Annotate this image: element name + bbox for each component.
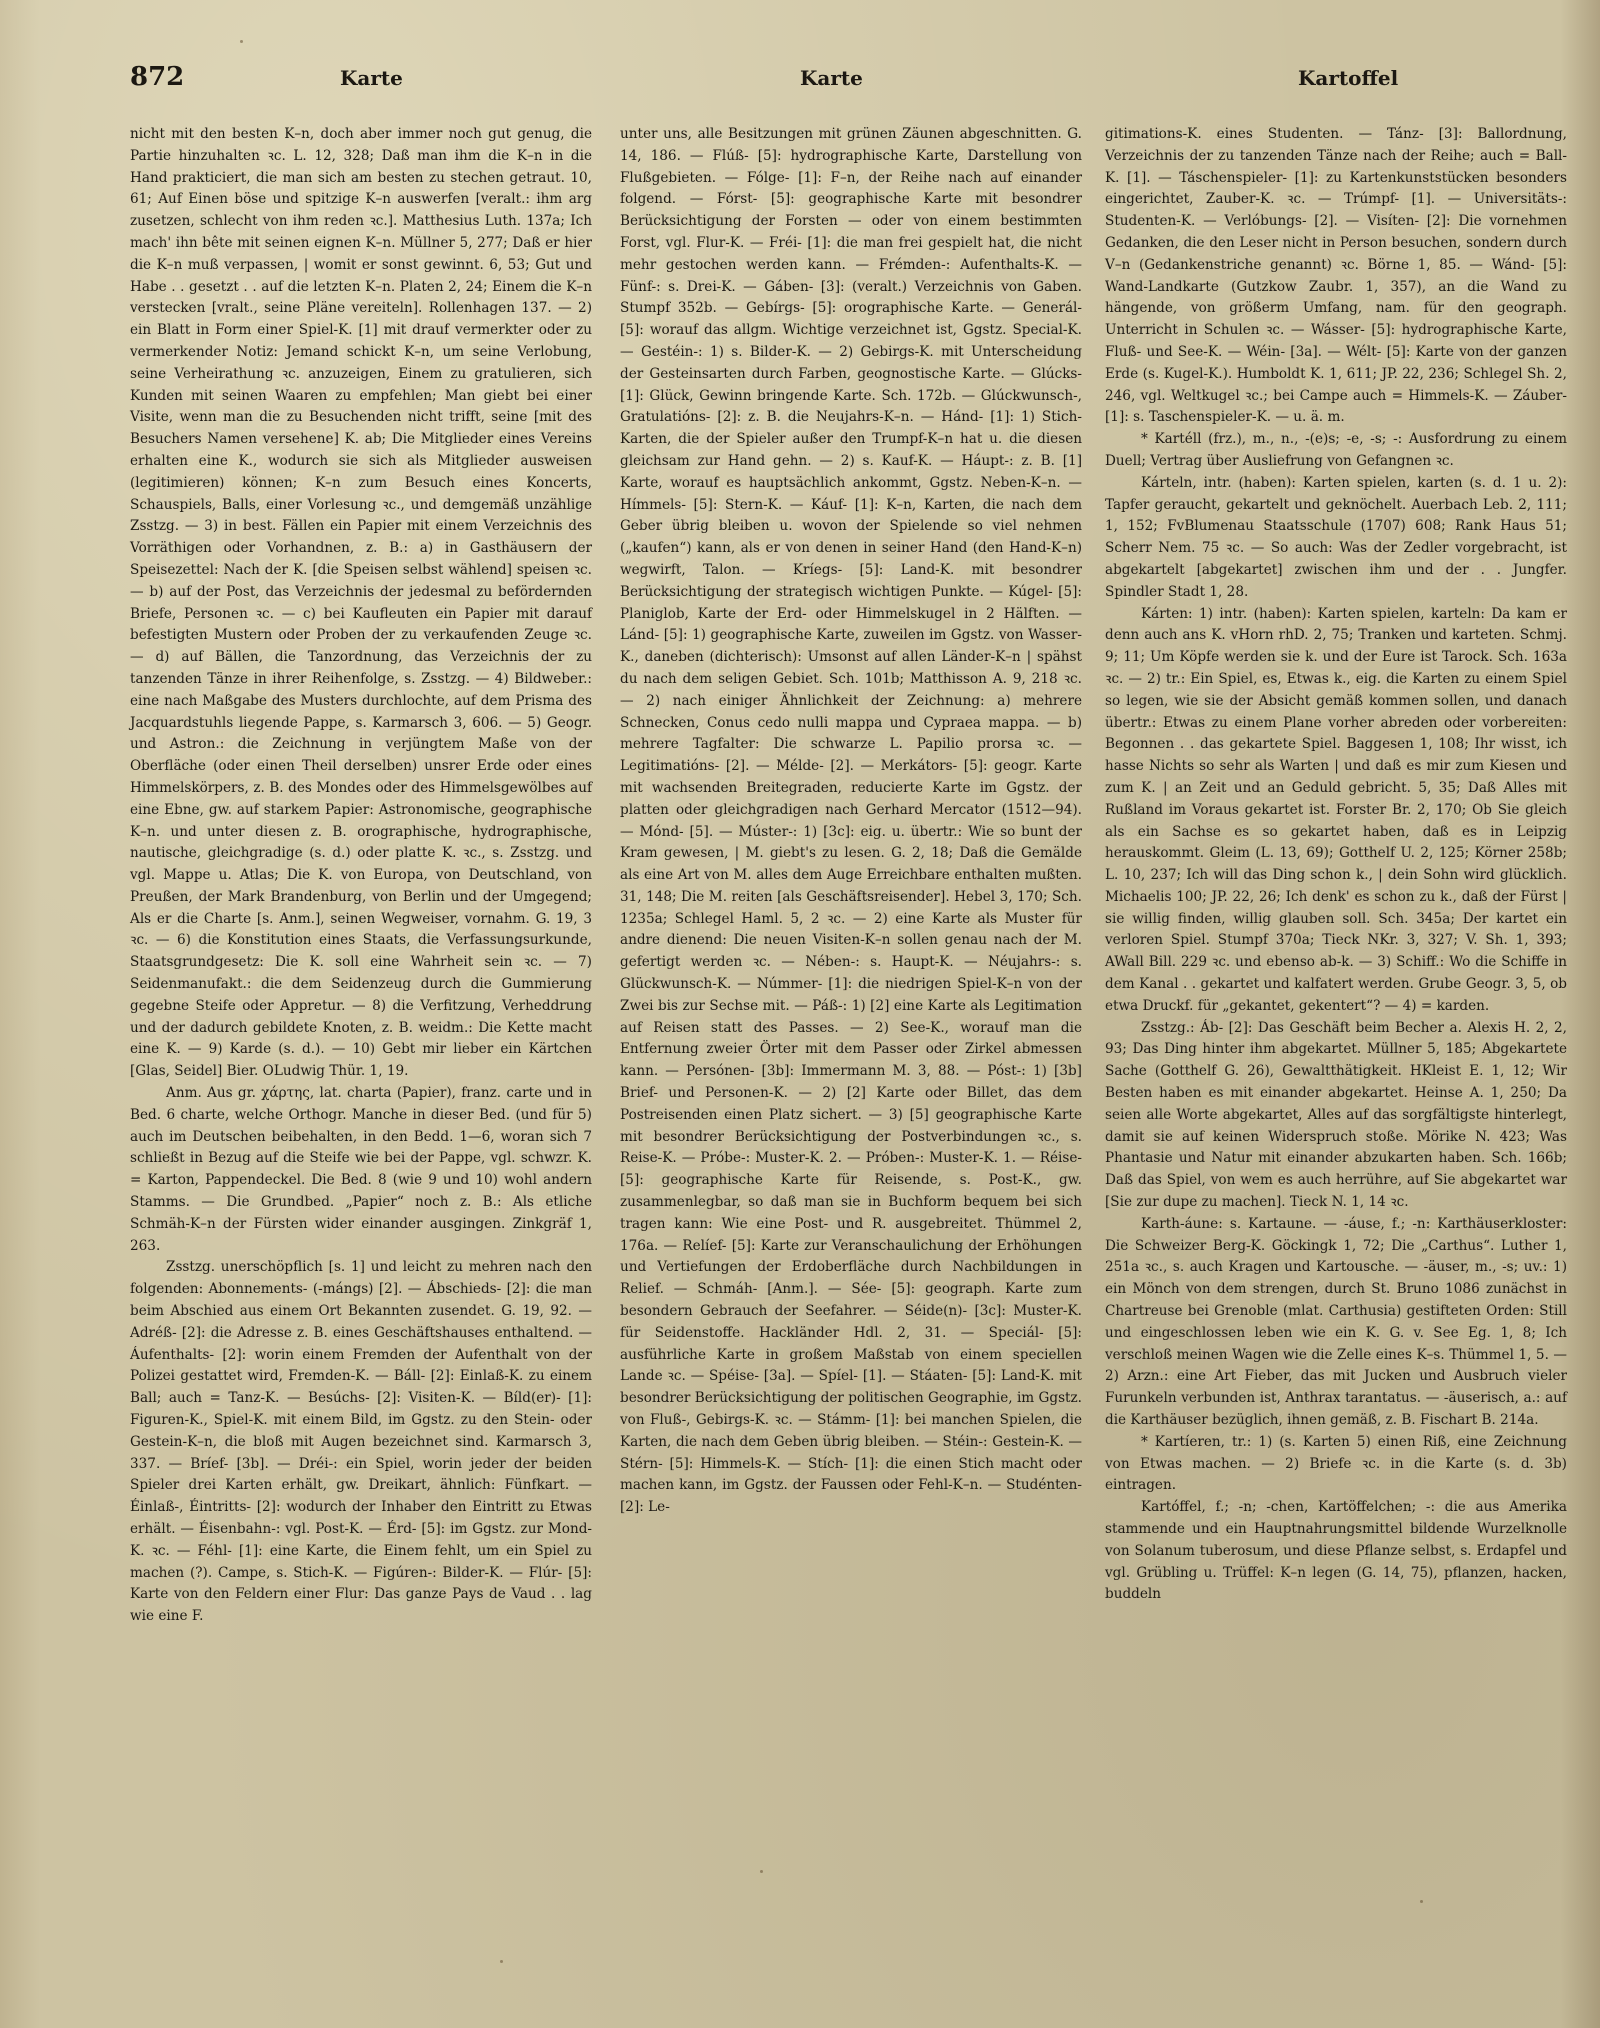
paper-speck (240, 40, 243, 43)
running-head: 872 Karte Karte Kartoffel (130, 62, 1470, 102)
entry-kartoffel: Kartóffel, f.; -n; -chen, Kartöffelchen;… (1105, 1497, 1567, 1606)
paper-speck (1420, 1900, 1423, 1903)
text-columns: nicht mit den besten K–n, doch aber imme… (130, 124, 1580, 1984)
paper-speck (500, 1960, 503, 1963)
entry-karten-compounds: Zsstzg.: Áb- [2]: Das Geschäft beim Bech… (1105, 1018, 1567, 1214)
entry-karthaune: Karth-áune: s. Kartaune. — -áuse, f.; -n… (1105, 1214, 1567, 1432)
paper-speck (760, 1870, 763, 1873)
paragraph: gitimations-K. eines Studenten. — Tánz- … (1105, 124, 1567, 429)
paragraph: nicht mit den besten K–n, doch aber imme… (130, 124, 592, 1083)
page-number: 872 (130, 62, 184, 92)
entry-karteln: Kárteln, intr. (haben): Karten spielen, … (1105, 473, 1567, 604)
column-1: nicht mit den besten K–n, doch aber imme… (130, 124, 592, 1628)
running-headword-right: Kartoffel (1298, 66, 1398, 90)
entry-karten: Kárten: 1) intr. (haben): Karten spielen… (1105, 604, 1567, 1018)
column-2: unter uns, alle Besitzungen mit grünen Z… (620, 124, 1082, 1519)
running-headword-left: Karte (340, 66, 403, 90)
running-headword-center: Karte (800, 66, 863, 90)
entry-kartieren: * Kartíeren, tr.: 1) (s. Karten 5) einen… (1105, 1432, 1567, 1497)
column-3: gitimations-K. eines Studenten. — Tánz- … (1105, 124, 1567, 1606)
paragraph-compounds: Zsstzg. unerschöpflich [s. 1] und leicht… (130, 1257, 592, 1628)
paragraph-note: Anm. Aus gr. χάρτης, lat. charta (Papier… (130, 1083, 592, 1257)
paragraph: unter uns, alle Besitzungen mit grünen Z… (620, 124, 1082, 1519)
entry-kartell: * Kartéll (frz.), m., n., -(e)s; -e, -s;… (1105, 429, 1567, 473)
